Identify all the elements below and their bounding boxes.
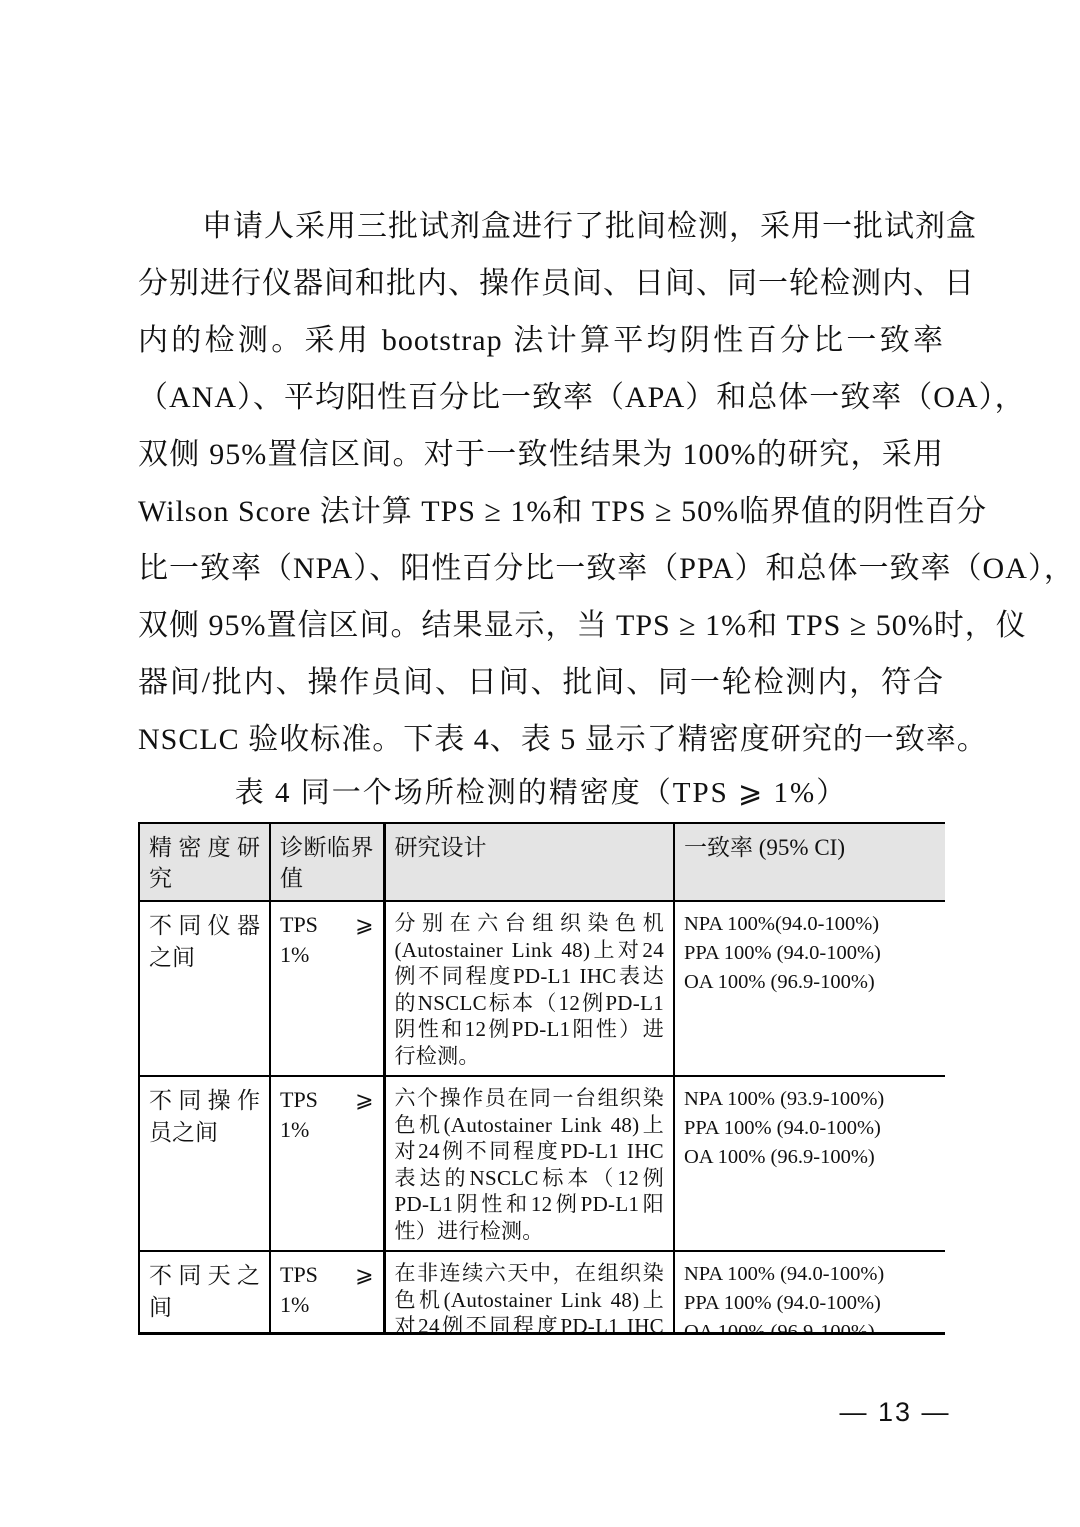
cutoff-operator: ⩾ bbox=[355, 1085, 373, 1115]
agreement-npa: NPA 100% (93.9-100%) bbox=[684, 1085, 936, 1114]
paragraph-line: 双侧 95%置信区间。对于一致性结果为 100%的研究，采用 bbox=[138, 426, 944, 483]
agreement-oa: OA 100% (96.9-100%) bbox=[684, 1318, 936, 1335]
precision-table: 精密度研究 诊断临界值 研究设计 一致率 (95% CI) 不同仪器之间 TPS… bbox=[138, 822, 945, 1335]
cutoff-cell: TPS ⩾ 1% bbox=[270, 901, 384, 1076]
agreement-npa: NPA 100% (94.0-100%) bbox=[684, 1260, 936, 1289]
table-row: 不同天之间 TPS ⩾ 1% 在非连续六天中，在组织染色机(Autostaine… bbox=[139, 1251, 945, 1335]
agreement-ppa: PPA 100% (94.0-100%) bbox=[684, 1114, 936, 1143]
table-row: 不同仪器之间 TPS ⩾ 1% 分别在六台组织染色机(Autostainer L… bbox=[139, 901, 945, 1076]
header-study: 精密度研究 bbox=[139, 823, 270, 901]
table-caption: 表 4 同一个场所检测的精密度（TPS ⩾ 1%） bbox=[138, 764, 944, 822]
paragraph-line: NSCLC 验收标准。下表 4、表 5 显示了精密度研究的一致率。 bbox=[138, 711, 944, 768]
study-cell: 不同仪器之间 bbox=[139, 901, 270, 1076]
paragraph-line: 分别进行仪器间和批内、操作员间、日间、同一轮检测内、日 bbox=[138, 255, 944, 312]
precision-table-container: 精密度研究 诊断临界值 研究设计 一致率 (95% CI) 不同仪器之间 TPS… bbox=[138, 822, 945, 1335]
paragraph-line: 申请人采用三批试剂盒进行了批间检测，采用一批试剂盒 bbox=[138, 198, 944, 255]
design-cell: 在非连续六天中，在组织染色机(Autostainer Link 48)上对24例… bbox=[384, 1251, 674, 1335]
cutoff-label: TPS bbox=[280, 1260, 318, 1290]
header-design: 研究设计 bbox=[384, 823, 674, 901]
agreement-npa: NPA 100%(94.0-100%) bbox=[684, 910, 936, 939]
agreement-ppa: PPA 100% (94.0-100%) bbox=[684, 939, 936, 968]
cutoff-label: TPS bbox=[280, 910, 318, 940]
cutoff-operator: ⩾ bbox=[355, 910, 373, 940]
paragraph-line: 器间/批内、操作员间、日间、批间、同一轮检测内，符合 bbox=[138, 654, 944, 711]
cutoff-label: TPS bbox=[280, 1085, 318, 1115]
design-cell: 六个操作员在同一台组织染色机(Autostainer Link 48)上对24例… bbox=[384, 1076, 674, 1251]
cutoff-cell: TPS ⩾ 1% bbox=[270, 1076, 384, 1251]
agreement-ppa: PPA 100% (94.0-100%) bbox=[684, 1289, 936, 1318]
table-row: 不同操作员之间 TPS ⩾ 1% 六个操作员在同一台组织染色机(Autostai… bbox=[139, 1076, 945, 1251]
header-agreement: 一致率 (95% CI) bbox=[674, 823, 945, 901]
agreement-oa: OA 100% (96.9-100%) bbox=[684, 1143, 936, 1172]
paragraph-line: （ANA）、平均阳性百分比一致率（APA）和总体一致率（OA）， bbox=[138, 369, 944, 426]
body-paragraph: 申请人采用三批试剂盒进行了批间检测，采用一批试剂盒 分别进行仪器间和批内、操作员… bbox=[138, 198, 944, 768]
header-cutoff: 诊断临界值 bbox=[270, 823, 384, 901]
cutoff-value: 1% bbox=[280, 1115, 374, 1145]
table-header-row: 精密度研究 诊断临界值 研究设计 一致率 (95% CI) bbox=[139, 823, 945, 901]
paragraph-line: 内的检测。采用 bootstrap 法计算平均阴性百分比一致率 bbox=[138, 312, 944, 369]
cutoff-value: 1% bbox=[280, 940, 374, 970]
study-cell: 不同天之间 bbox=[139, 1251, 270, 1335]
paragraph-line: Wilson Score 法计算 TPS ≥ 1%和 TPS ≥ 50%临界值的… bbox=[138, 483, 944, 540]
cutoff-value: 1% bbox=[280, 1290, 374, 1320]
document-page: 申请人采用三批试剂盒进行了批间检测，采用一批试剂盒 分别进行仪器间和批内、操作员… bbox=[0, 0, 1080, 1527]
agreement-cell: NPA 100% (93.9-100%) PPA 100% (94.0-100%… bbox=[674, 1076, 945, 1251]
agreement-cell: NPA 100%(94.0-100%) PPA 100% (94.0-100%)… bbox=[674, 901, 945, 1076]
page-number: — 13 — bbox=[820, 1392, 970, 1432]
study-cell: 不同操作员之间 bbox=[139, 1076, 270, 1251]
design-cell: 分别在六台组织染色机(Autostainer Link 48)上对24例不同程度… bbox=[384, 901, 674, 1076]
paragraph-line: 比一致率（NPA）、阳性百分比一致率（PPA）和总体一致率（OA）， bbox=[138, 540, 944, 597]
agreement-cell: NPA 100% (94.0-100%) PPA 100% (94.0-100%… bbox=[674, 1251, 945, 1335]
cutoff-cell: TPS ⩾ 1% bbox=[270, 1251, 384, 1335]
paragraph-line: 双侧 95%置信区间。结果显示，当 TPS ≥ 1%和 TPS ≥ 50%时，仪 bbox=[138, 597, 944, 654]
cutoff-operator: ⩾ bbox=[355, 1260, 373, 1290]
agreement-oa: OA 100% (96.9-100%) bbox=[684, 968, 936, 997]
